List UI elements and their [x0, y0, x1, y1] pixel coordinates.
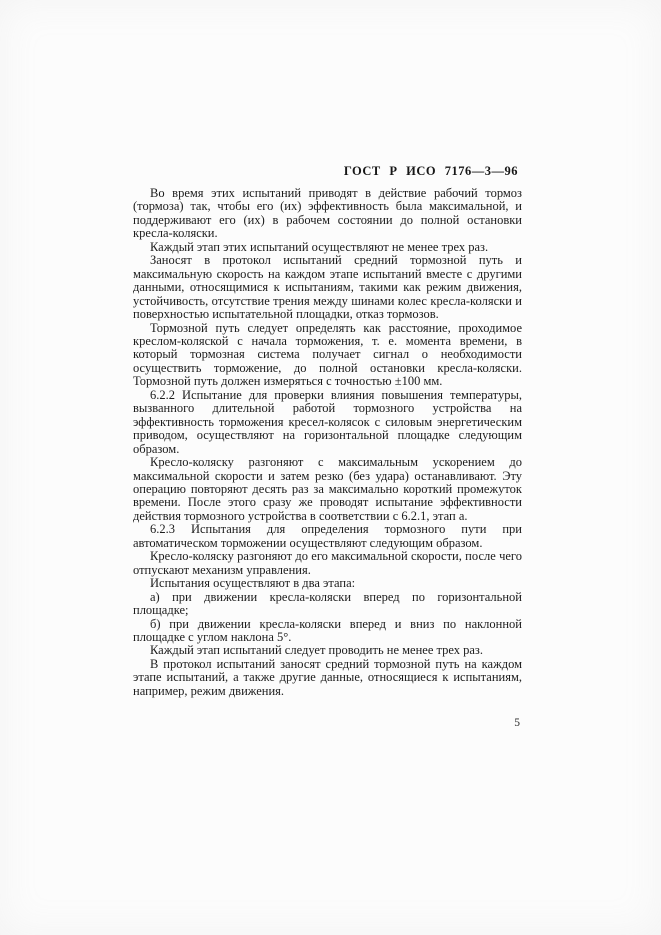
paragraph: б) при движении кресла-коляски вперед и …	[133, 618, 522, 645]
paragraph: В протокол испытаний заносят средний тор…	[133, 658, 522, 698]
paragraph: 6.2.2 Испытание для проверки влияния пов…	[133, 389, 522, 456]
paragraph: Испытания осуществляют в два этапа:	[133, 577, 522, 590]
paragraph: Каждый этап испытаний следует проводить …	[133, 644, 522, 657]
page-number: 5	[133, 717, 522, 729]
paragraph: 6.2.3 Испытания для определения тормозно…	[133, 523, 522, 550]
paragraph: Тормозной путь следует определять как ра…	[133, 322, 522, 389]
document-header: ГОСТ Р ИСО 7176—3—96	[133, 164, 518, 179]
document-page: ГОСТ Р ИСО 7176—3—96 Во время этих испыт…	[0, 0, 661, 935]
paragraph: Каждый этап этих испытаний осуществляют …	[133, 241, 522, 254]
paragraph: Кресло-коляску разгоняют до его максимал…	[133, 550, 522, 577]
paragraph: а) при движении кресла-коляски вперед по…	[133, 591, 522, 618]
paragraph: Кресло-коляску разгоняют с максимальным …	[133, 456, 522, 523]
document-body: Во время этих испытаний приводят в дейст…	[133, 187, 522, 698]
paragraph: Во время этих испытаний приводят в дейст…	[133, 187, 522, 241]
paragraph: Заносят в протокол испытаний средний тор…	[133, 254, 522, 321]
